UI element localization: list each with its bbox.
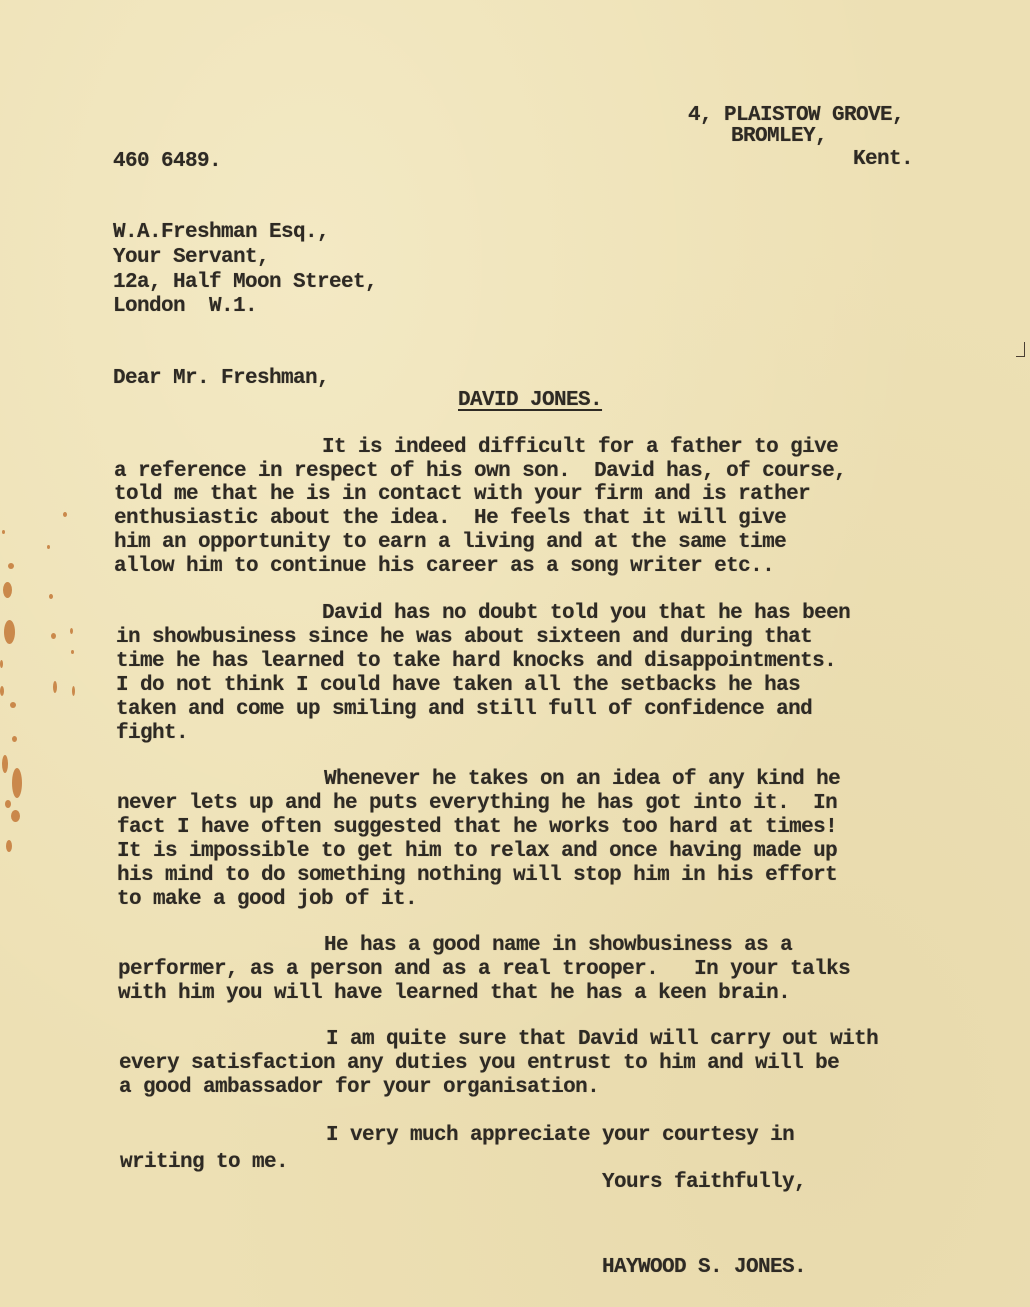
closing: Yours faithfully, [602, 1171, 806, 1195]
stain [0, 660, 3, 668]
recipient-line-3: 12a, Half Moon Street, [113, 271, 377, 295]
paragraph-2-line-4: I do not think I could have taken all th… [116, 674, 800, 698]
stain [12, 736, 17, 742]
paragraph-2-line-2: in showbusiness since he was about sixte… [116, 626, 812, 650]
paragraph-6-line-2: writing to me. [120, 1151, 288, 1175]
paragraph-6-line-1: I very much appreciate your courtesy in [326, 1124, 794, 1148]
paragraph-4-line-3: with him you will have learned that he h… [118, 982, 790, 1006]
stain [0, 686, 4, 696]
stain [6, 840, 12, 852]
paragraph-1-line-4: enthusiastic about the idea. He feels th… [114, 507, 786, 531]
salutation: Dear Mr. Freshman, [113, 367, 329, 391]
paragraph-3-line-1: Whenever he takes on an idea of any kind… [324, 768, 840, 792]
paragraph-2-line-3: time he has learned to take hard knocks … [116, 650, 836, 674]
paragraph-1-line-2: a reference in respect of his own son. D… [114, 460, 846, 484]
recipient-line-4: London W.1. [113, 295, 257, 319]
sender-address-line-2: BROMLEY, [731, 125, 827, 149]
stain [11, 810, 20, 822]
recipient-line-1: W.A.Freshman Esq., [113, 221, 329, 245]
stain [10, 702, 16, 708]
stain [2, 530, 5, 534]
paragraph-1-line-6: allow him to continue his career as a so… [114, 555, 774, 579]
margin-tick-mark [1016, 342, 1025, 357]
paragraph-5-line-2: every satisfaction any duties you entrus… [119, 1052, 839, 1076]
paragraph-4-line-1: He has a good name in showbusiness as a [324, 934, 792, 958]
stain [2, 755, 8, 773]
stain [3, 582, 12, 598]
paragraph-3-line-6: to make a good job of it. [117, 888, 417, 912]
paragraph-2-line-1: David has no doubt told you that he has … [322, 602, 850, 626]
paragraph-5-line-1: I am quite sure that David will carry ou… [326, 1028, 878, 1052]
signature-name: HAYWOOD S. JONES. [602, 1256, 806, 1280]
stain [49, 594, 53, 599]
stain [5, 800, 11, 808]
phone-number: 460 6489. [113, 150, 221, 174]
paragraph-4-line-2: performer, as a person and as a real tro… [118, 958, 850, 982]
paragraph-3-line-3: fact I have often suggested that he work… [117, 816, 837, 840]
subject-heading: DAVID JONES. [458, 389, 602, 413]
paragraph-1-line-3: told me that he is in contact with your … [114, 483, 810, 507]
stain [51, 633, 56, 639]
stain [63, 512, 67, 517]
stain [47, 545, 50, 549]
paragraph-3-line-2: never lets up and he puts everything he … [117, 792, 837, 816]
stain [72, 686, 75, 696]
stain [4, 620, 15, 644]
stain [8, 563, 14, 569]
stain [12, 768, 22, 798]
paragraph-2-line-6: fight. [116, 722, 188, 746]
paragraph-5-line-3: a good ambassador for your organisation. [119, 1076, 599, 1100]
recipient-line-2: Your Servant, [113, 246, 269, 270]
paragraph-1-line-5: him an opportunity to earn a living and … [114, 531, 786, 555]
stain [71, 650, 74, 654]
stain [70, 628, 73, 634]
stain [53, 681, 57, 693]
paragraph-3-line-5: his mind to do something nothing will st… [117, 864, 837, 888]
paragraph-3-line-4: It is impossible to get him to relax and… [117, 840, 837, 864]
paragraph-1-line-1: It is indeed difficult for a father to g… [322, 436, 838, 460]
sender-address-line-3: Kent. [853, 148, 913, 172]
paragraph-2-line-5: taken and come up smiling and still full… [116, 698, 812, 722]
